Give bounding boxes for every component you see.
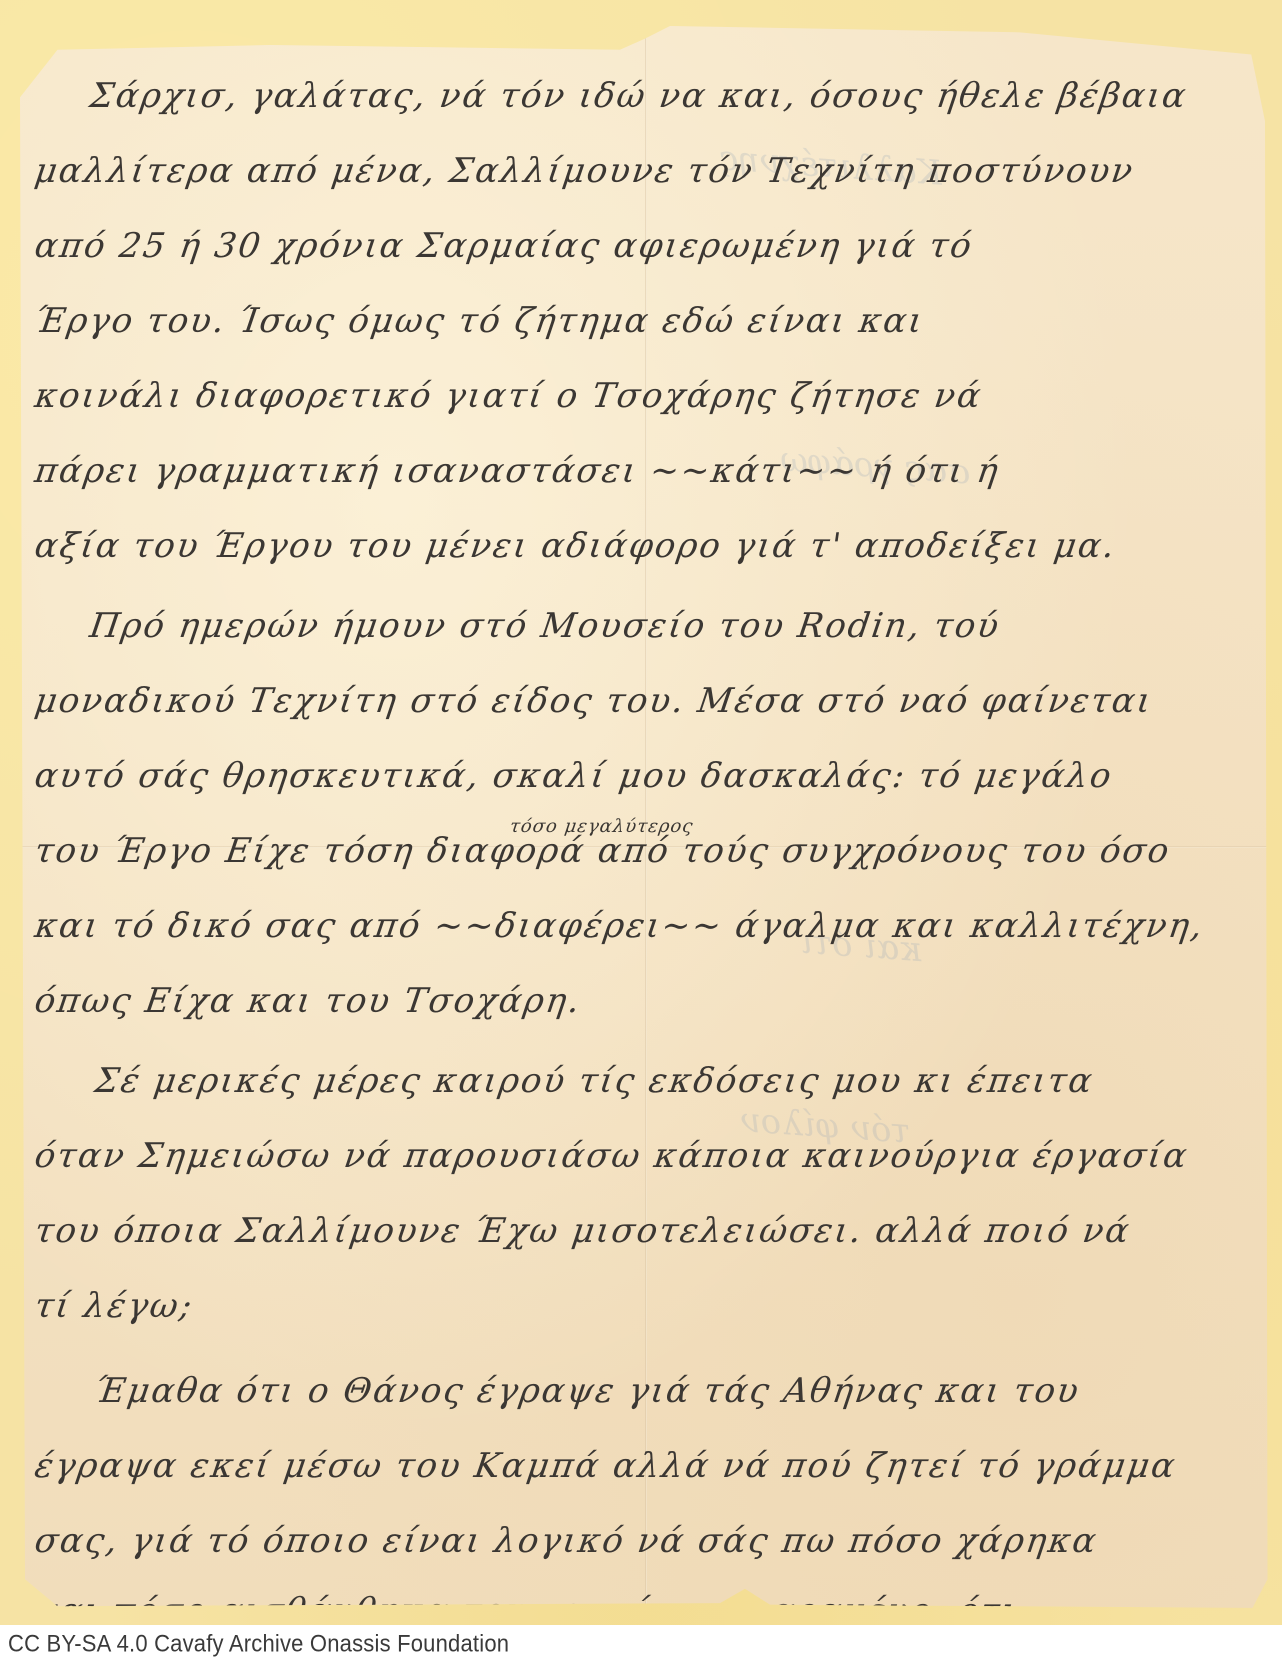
handwritten-line: Σέ μερικές μέρες καιρού τίς εκδόσεις μου… [92,1061,1096,1101]
handwritten-line: αυτό σάς θρησκευτικά, σκαλί μου δασκαλάς… [32,756,1115,796]
letter-page: Καλλιτέχνης σας γράφω και ότι τόν φίλον … [20,26,1270,1611]
handwritten-line: σας, γιά τό όποιο είναι λογικό νά σάς πω… [32,1521,1100,1561]
handwritten-line: Πρό ημερών ήμουν στό Μουσείο του Rodin, … [87,606,1003,646]
handwritten-line: Σάρχισ, γαλάτας, νά τόν ιδώ να και, όσου… [87,76,1190,116]
handwritten-line: Έμαθα ότι ο Θάνος έγραψε γιά τάς Αθήνας … [92,1371,1083,1411]
handwritten-line: του όποια Σαλλίμουνε Έχω μισοτελειώσει. … [32,1211,1133,1251]
handwritten-line: κοινάλι διαφορετικό γιατί ο Τσοχάρης ζήτ… [32,376,985,416]
handwritten-line: Έργο του. Ίσως όμως τό ζήτημα εδώ είναι … [32,301,927,341]
handwritten-line: αξία του Έργου του μένει αδιάφορο γιά τ'… [32,526,1119,566]
handwritten-line: και τό δικό σας από ~~διαφέρει~~ άγαλμα … [32,906,1206,946]
handwritten-line: όπως Είχα και του Τσοχάρη. [32,981,584,1021]
handwritten-line: όταν Σημειώσω νά παρουσιάσω κάποια καινο… [32,1136,1191,1176]
handwritten-line: από 25 ή 30 χρόνια Σαρμαίας αφιερωμένη γ… [32,226,975,266]
handwritten-line: μαλλίτερα από μένα, Σαλλίμουνε τόν Τεχνί… [32,151,1137,191]
handwritten-line: πάρει γραμματική ισαναστάσει ~~κάτι~~ ή … [32,451,1002,491]
archive-credit-footer: CC BY-SA 4.0 Cavafy Archive Onassis Foun… [8,1630,509,1658]
handwritten-line: του Έργο Είχε τόση διαφορά από τούς συγχ… [32,831,1173,871]
handwritten-line: τί λέγω; [32,1286,196,1326]
handwritten-line: μοναδικού Τεχνίτη στό είδος του. Μέσα στ… [32,681,1155,721]
handwritten-line: έγραψα εκεί μέσω του Καμπά αλλά νά πού ζ… [32,1446,1179,1486]
